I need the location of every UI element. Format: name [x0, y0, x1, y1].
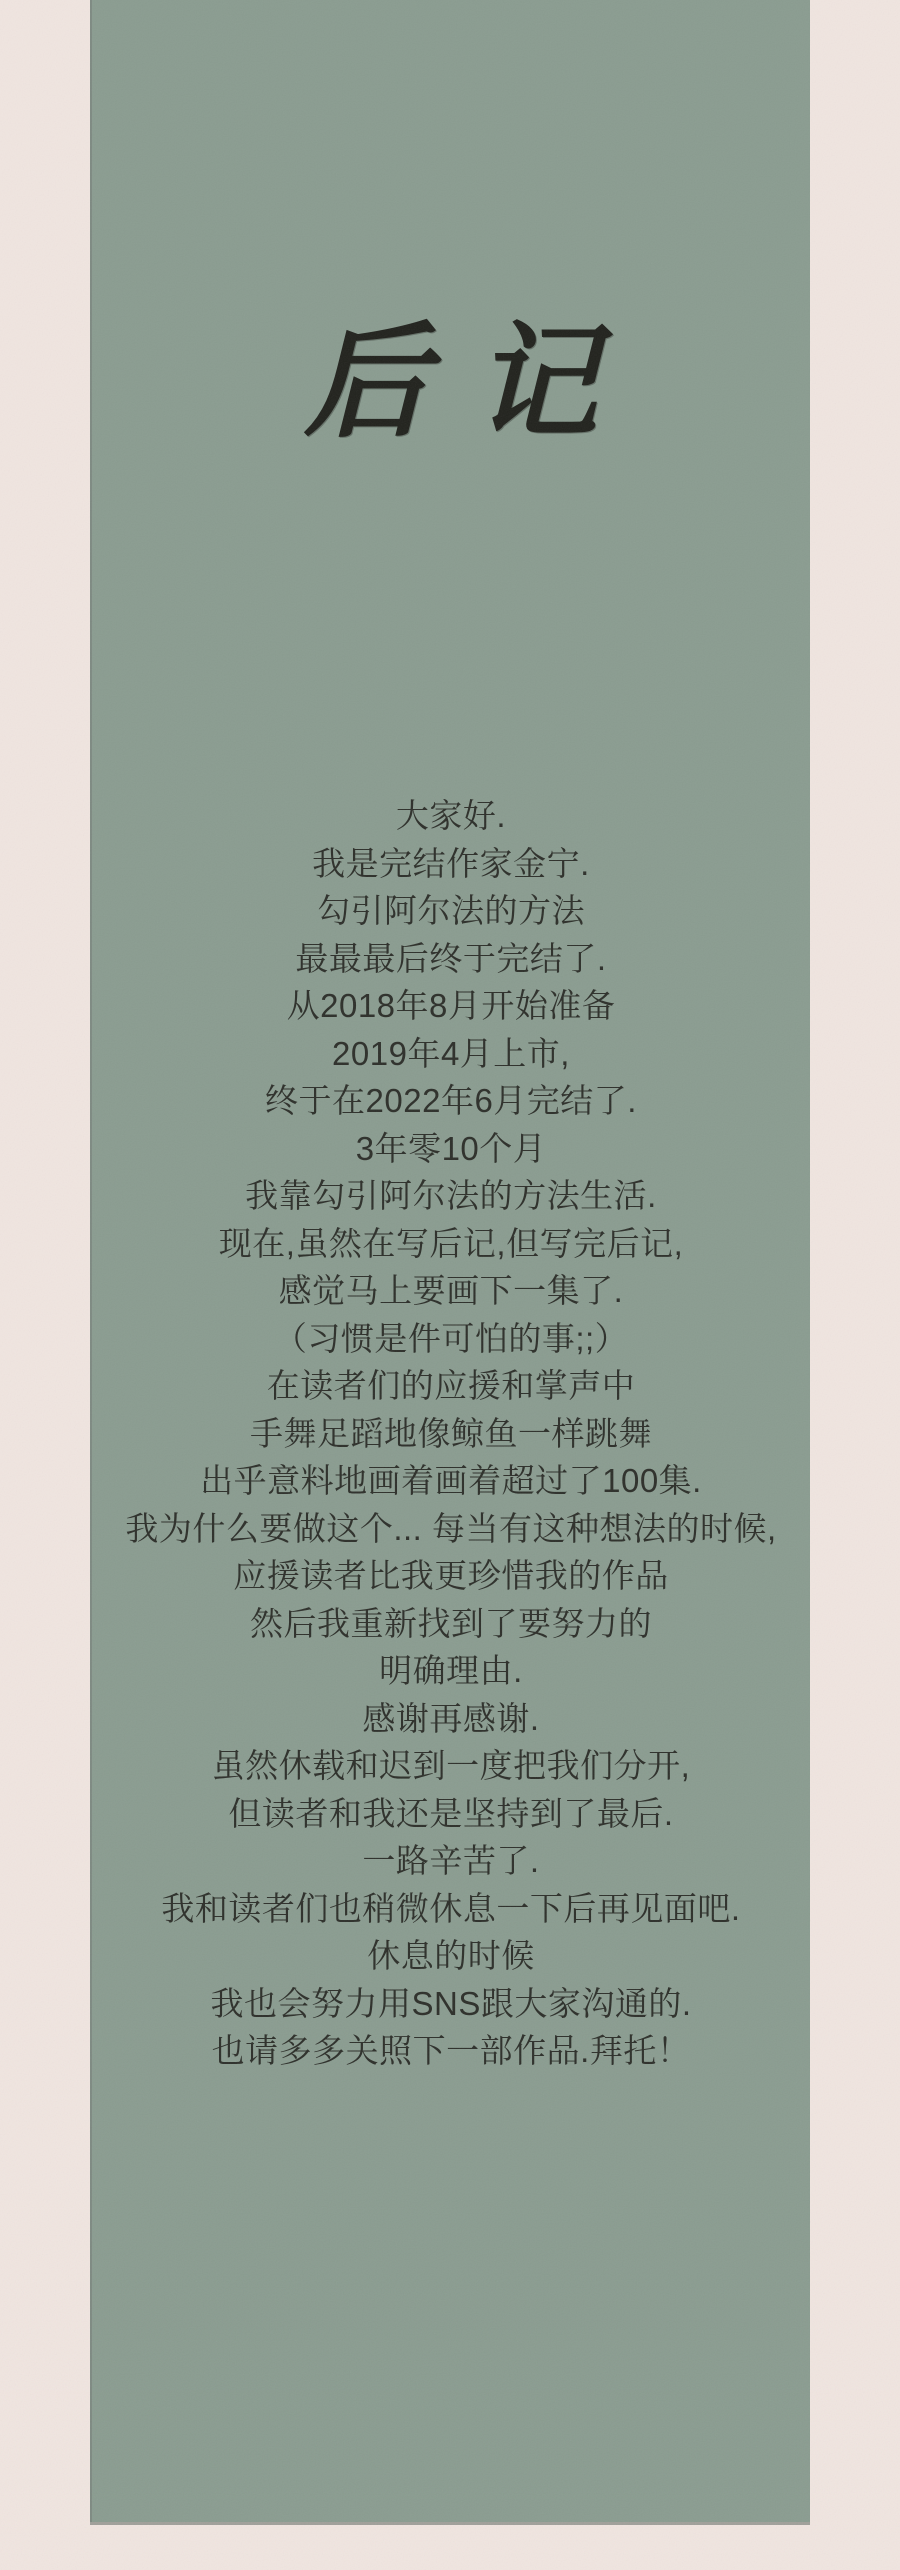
afterword-line: 应援读者比我更珍惜我的作品: [92, 1552, 810, 1600]
afterword-title: 后记: [92, 298, 810, 468]
afterword-line: 手舞足蹈地像鲸鱼一样跳舞: [92, 1410, 810, 1458]
afterword-line: 我为什么要做这个... 每当有这种想法的时候,: [92, 1505, 810, 1553]
afterword-line: 从2018年8月开始准备: [92, 982, 810, 1030]
afterword-line: 明确理由.: [92, 1647, 810, 1695]
afterword-line: 最最最后终于完结了.: [92, 935, 810, 983]
afterword-line: 休息的时候: [92, 1932, 810, 1980]
afterword-body: 大家好. 我是完结作家金宁. 勾引阿尔法的方法 最最最后终于完结了. 从2018…: [92, 792, 810, 2075]
afterword-line: 感谢再感谢.: [92, 1695, 810, 1743]
afterword-line: 我靠勾引阿尔法的方法生活.: [92, 1172, 810, 1220]
afterword-line: 3年零10个月: [92, 1125, 810, 1173]
afterword-line: 但读者和我还是坚持到了最后.: [92, 1790, 810, 1838]
afterword-line: 一路辛苦了.: [92, 1837, 810, 1885]
afterword-line: 出乎意料地画着画着超过了100集.: [92, 1457, 810, 1505]
afterword-line: （习惯是件可怕的事;;）: [92, 1315, 810, 1363]
afterword-line: 然后我重新找到了要努力的: [92, 1600, 810, 1648]
afterword-line: 勾引阿尔法的方法: [92, 887, 810, 935]
afterword-line: 也请多多关照下一部作品.拜托！: [92, 2027, 810, 2075]
afterword-line: 我也会努力用SNS跟大家沟通的.: [92, 1980, 810, 2028]
afterword-line: 虽然休载和迟到一度把我们分开,: [92, 1742, 810, 1790]
afterword-line: 现在,虽然在写后记,但写完后记,: [92, 1220, 810, 1268]
afterword-line: 感觉马上要画下一集了.: [92, 1267, 810, 1315]
afterword-line: 终于在2022年6月完结了.: [92, 1077, 810, 1125]
afterword-page: 后记 大家好. 我是完结作家金宁. 勾引阿尔法的方法 最最最后终于完结了. 从2…: [0, 0, 900, 2570]
afterword-line: 在读者们的应援和掌声中: [92, 1362, 810, 1410]
afterword-panel: 后记 大家好. 我是完结作家金宁. 勾引阿尔法的方法 最最最后终于完结了. 从2…: [90, 0, 810, 2522]
afterword-line: 2019年4月上市,: [92, 1030, 810, 1078]
afterword-line: 我和读者们也稍微休息一下后再见面吧.: [92, 1885, 810, 1933]
afterword-line: 大家好.: [92, 792, 810, 840]
afterword-line: 我是完结作家金宁.: [92, 840, 810, 888]
